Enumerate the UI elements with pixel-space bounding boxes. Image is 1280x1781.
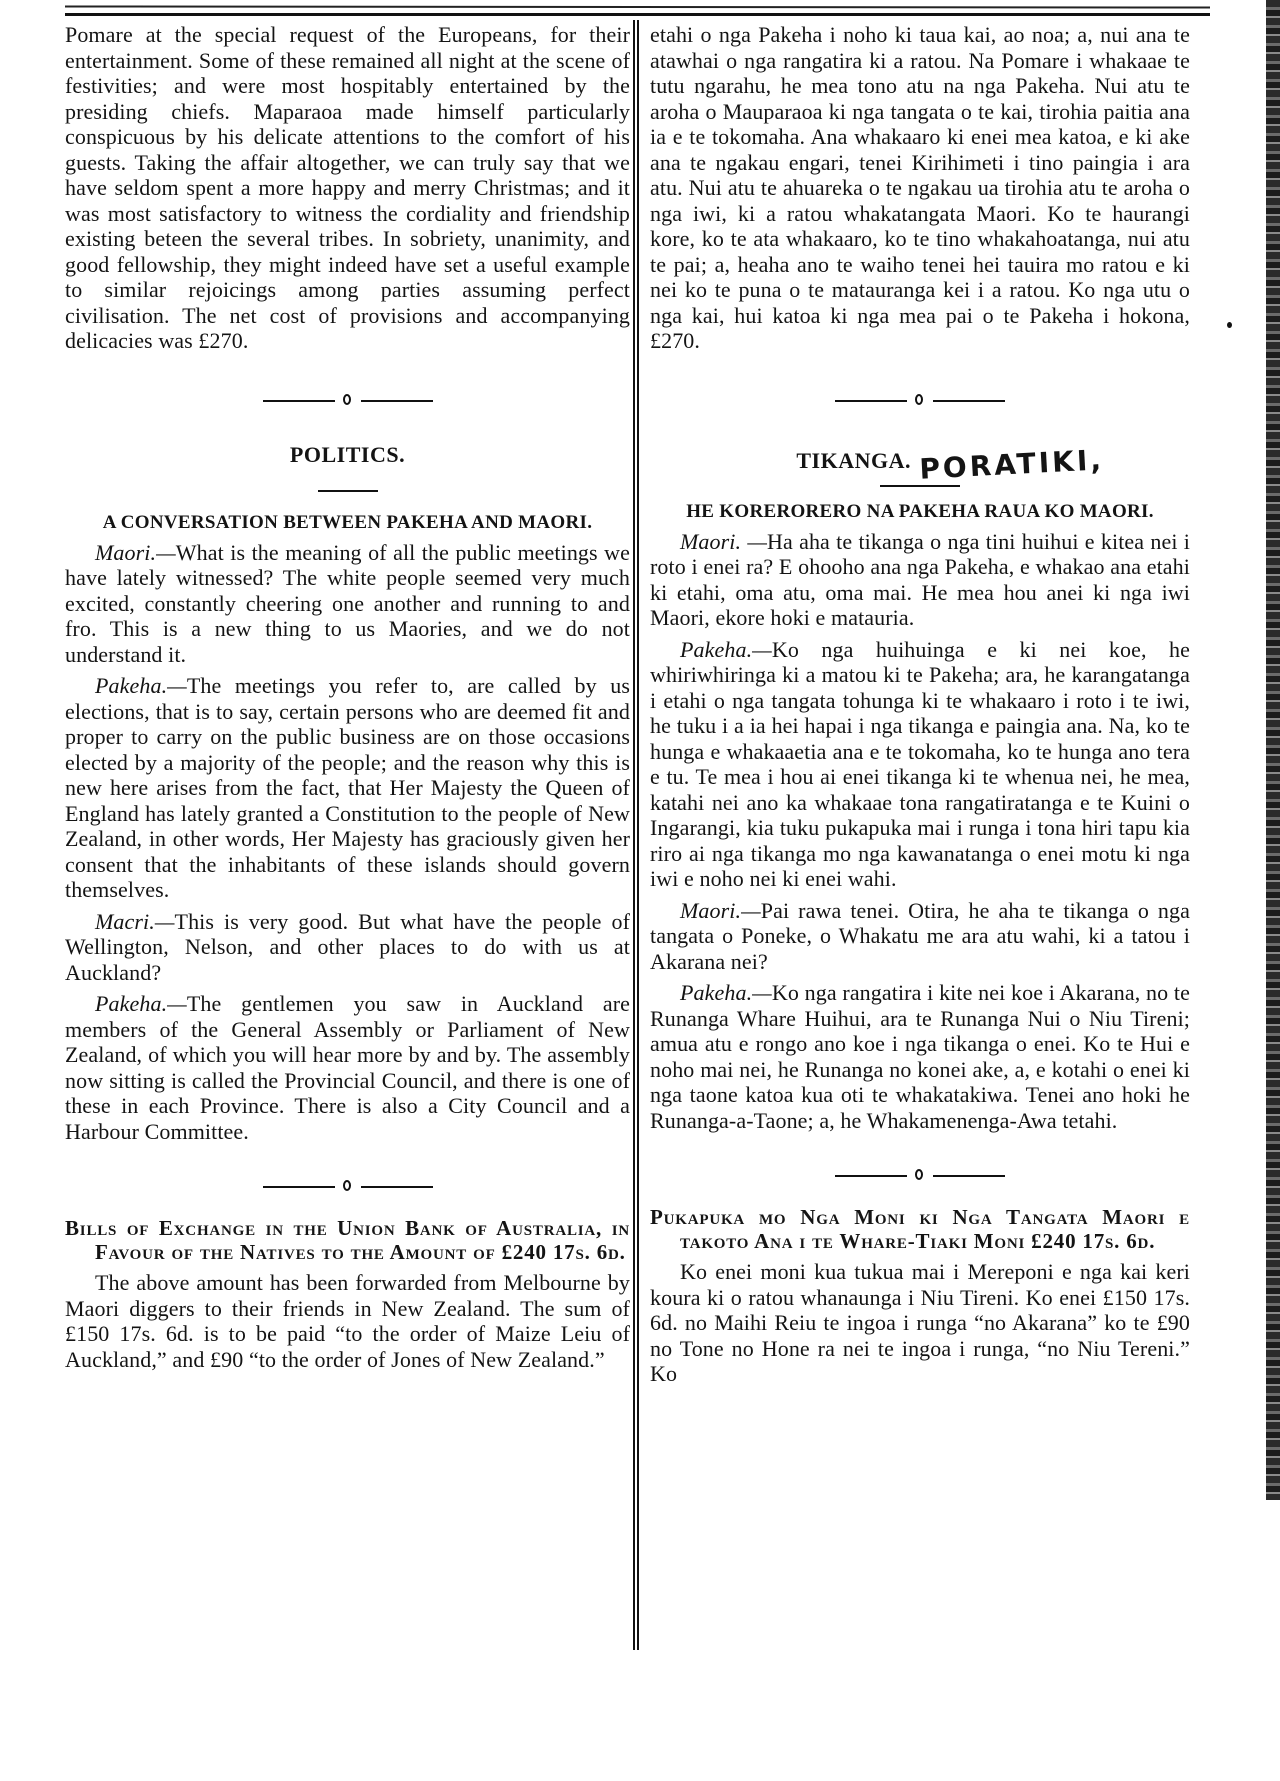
header-rule-thick [65, 13, 1210, 16]
dialogue-paragraph: Pakeha.—The meetings you refer to, are c… [65, 673, 630, 903]
maori-column: etahi o nga Pakeha i noho ki taua kai, a… [650, 22, 1190, 1387]
ink-speck [1227, 322, 1232, 328]
dialogue: Maori.—What is the meaning of all the pu… [65, 540, 630, 1145]
section-title-tikanga: TIKANGA.PORATIKI, [650, 442, 1190, 475]
section-title-politics: POLITICS. [65, 442, 630, 468]
scan-edge-strip [1266, 0, 1280, 1500]
dialogue-paragraph: Pakeha.—The gentlemen you saw in Aucklan… [65, 991, 630, 1144]
speaker-label: Maori.— [95, 540, 176, 565]
dialogue-paragraph: Maori. —Ha aha te tikanga o nga tini hui… [650, 529, 1190, 631]
dialogue-paragraph: Maori.—Pai rawa tenei. Otira, he aha te … [650, 898, 1190, 975]
christmas-report-continuation: Pomare at the special request of the Eur… [65, 22, 630, 354]
section-separator [835, 1169, 1005, 1183]
article-title: A CONVERSATION BETWEEN PAKEHA AND MAORI. [65, 512, 630, 534]
cropped-running-header [0, 0, 1280, 4]
section-separator [263, 1180, 433, 1194]
speaker-label: Maori.— [680, 898, 761, 923]
christmas-report-continuation-maori: etahi o nga Pakeha i noho ki taua kai, a… [650, 22, 1190, 354]
section-separator [835, 394, 1005, 408]
dialogue-paragraph: Macri.—This is very good. But what have … [65, 909, 630, 986]
speaker-label: Pakeha.— [95, 991, 187, 1016]
article-title-maori: HE KORERORERO NA PAKEHA RAUA KO MAORI. [650, 501, 1190, 523]
dialogue-paragraph: Pakeha.—Ko nga huihuinga e ki nei koe, h… [650, 637, 1190, 892]
section-separator [263, 394, 433, 408]
speaker-label: Pakeha.— [680, 980, 772, 1005]
speaker-label: Macri.— [95, 909, 175, 934]
speaker-label: Pakeha.— [680, 637, 772, 662]
dialogue-paragraph: Maori.—What is the meaning of all the pu… [65, 540, 630, 668]
dialogue-maori: Maori. —Ha aha te tikanga o nga tini hui… [650, 529, 1190, 1134]
speaker-label: Maori. — [680, 529, 767, 554]
dialogue-paragraph: Pakeha.—Ko nga rangatira i kite nei koe … [650, 980, 1190, 1133]
notice-title-maori: Pukapuka mo Nga Moni ki Nga Tangata Maor… [650, 1205, 1190, 1253]
notice-title: Bills of Exchange in the Union Bank of A… [65, 1216, 630, 1264]
english-column: Pomare at the special request of the Eur… [65, 22, 630, 1372]
column-divider [633, 20, 639, 1650]
speaker-label: Pakeha.— [95, 673, 187, 698]
notice-body-maori: Ko enei moni kua tukua mai i Mereponi e … [650, 1259, 1190, 1387]
header-rule-thin [65, 6, 1210, 9]
notice-body: The above amount has been forwarded from… [65, 1270, 630, 1372]
